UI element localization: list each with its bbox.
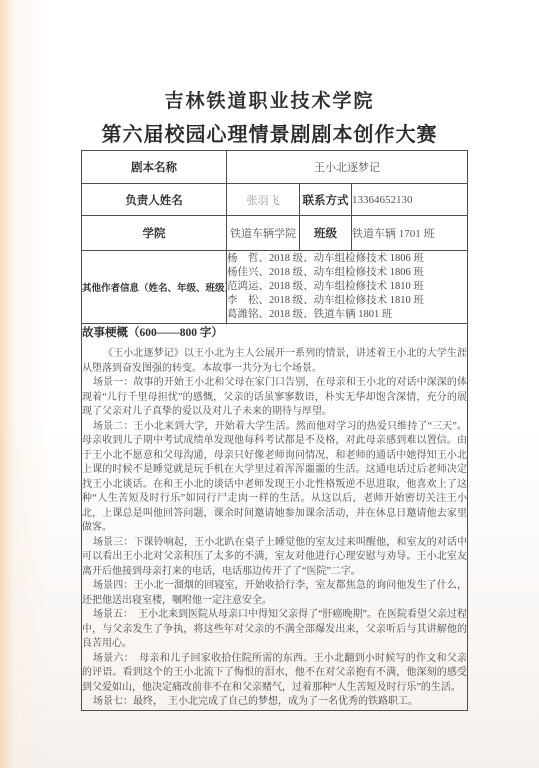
leader-name-label: 负责人姓名: [82, 184, 227, 216]
synopsis-body: 《王小北逐梦记》以王小北为主人公展开一系列的情景，讲述着王小北的大学生涯从堕落到…: [82, 347, 467, 710]
synopsis-paragraph: 《王小北逐梦记》以王小北为主人公展开一系列的情景，讲述着王小北的大学生涯从堕落到…: [82, 347, 467, 376]
synopsis-cell: 故事梗概（600——800 字） 《王小北逐梦记》以王小北为主人公展开一系列的情…: [82, 324, 468, 711]
author-line: 葛潍铭、2018 级、铁道车辆 1801 班: [227, 308, 467, 322]
author-line: 杨佳兴、2018 级、动车组检修技术 1806 班: [227, 266, 467, 280]
synopsis-paragraph: 场景四：王小北一溜烟的回寝室，开始收拾行李，室友都焦急的询问他发生了什么，还把他…: [82, 579, 467, 608]
leader-name-value: 张羽飞: [227, 184, 300, 216]
table-row-leader: 负责人姓名 张羽飞 联系方式 13364652130: [82, 184, 468, 216]
synopsis-paragraph: 场景三：下课铃响起，王小北趴在桌子上睡觉他的室友过来叫醒他，和室友的对话中可以看…: [82, 536, 467, 580]
other-authors-label: 其他作者信息（姓名、年级、班级）: [82, 251, 227, 324]
synopsis-paragraph: 场景七：最终， 王小北完成了自己的梦想，成为了一名优秀的铁路职工。: [82, 695, 467, 710]
contact-value: 13364652130: [352, 184, 468, 216]
author-line: 杨 哲、2018 级、动车组检修技术 1806 班: [227, 252, 467, 266]
table-row-other-authors: 其他作者信息（姓名、年级、班级） 杨 哲、2018 级、动车组检修技术 1806…: [82, 251, 468, 324]
contact-label: 联系方式: [300, 184, 352, 216]
synopsis-label: 故事梗概（600——800 字）: [82, 324, 467, 340]
college-value: 铁道车辆学院: [227, 216, 300, 251]
college-label: 学院: [82, 216, 227, 251]
other-authors-list: 杨 哲、2018 级、动车组检修技术 1806 班杨佳兴、2018 级、动车组检…: [227, 251, 468, 324]
class-label: 班级: [300, 216, 352, 251]
application-form-table: 剧本名称 王小北逐梦记 负责人姓名 张羽飞 联系方式 13364652130 学…: [81, 150, 468, 711]
table-row-synopsis: 故事梗概（600——800 字） 《王小北逐梦记》以王小北为主人公展开一系列的情…: [82, 324, 468, 711]
synopsis-paragraph: 场景二：王小北来到大学，开始着大学生活。然而他对学习的热爱只维持了“三天”。母亲…: [82, 420, 467, 536]
author-line: 李 松、2018 级、动车组检修技术 1810 班: [227, 294, 467, 308]
document-subtitle: 第六届校园心理情景剧剧本创作大赛: [0, 118, 539, 147]
synopsis-paragraph: 场景一：故事的开始王小北和父母在家门口告别，在母亲和王小北的对话中深深的体现着“…: [82, 376, 467, 420]
table-row-college: 学院 铁道车辆学院 班级 铁道车辆 1701 班: [82, 216, 468, 251]
synopsis-paragraph: 场景六： 母亲和儿子回家收拾住院所需的东西。王小北翻到小时候写的作文和父亲的评语…: [82, 652, 467, 696]
class-value: 铁道车辆 1701 班: [352, 216, 468, 251]
document-title: 吉林铁道职业技术学院: [0, 86, 539, 113]
script-name-label: 剧本名称: [82, 151, 227, 184]
script-name-value: 王小北逐梦记: [227, 151, 468, 184]
document-page: 吉林铁道职业技术学院 第六届校园心理情景剧剧本创作大赛 剧本名称 王小北逐梦记 …: [0, 0, 539, 768]
synopsis-paragraph: 场景五： 王小北来到医院从母亲口中得知父亲得了“肝癌晚期”。在医院看望父亲过程中…: [82, 608, 467, 652]
author-line: 范鸿运、2018 级、动车组检修技术 1810 班: [227, 280, 467, 294]
table-row-script-name: 剧本名称 王小北逐梦记: [82, 151, 468, 184]
